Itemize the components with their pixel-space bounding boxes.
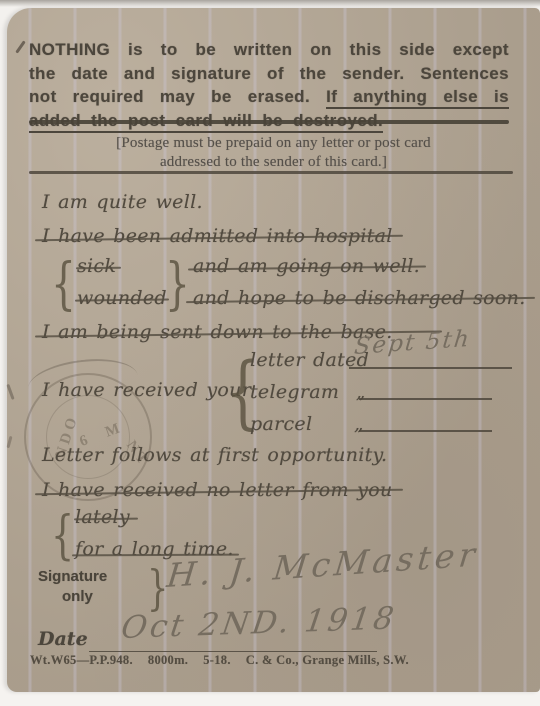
sent-to-base-text: I am being sent down to the base. — [42, 320, 393, 344]
sick-wounded-left-brace: { — [51, 252, 76, 318]
printer-imprint: Wt.W65—P.P.948.8000m.5-18.C. & Co., Gran… — [30, 653, 424, 668]
sick-wounded-right-brace: } — [165, 252, 190, 318]
admitted-hospital-text: I have been admitted into hospital — [42, 224, 393, 248]
warning-line-3-plain: not required may be erased. — [29, 87, 326, 106]
lately-text: lately — [75, 505, 130, 529]
imprint-quantity: 8000m. — [148, 653, 188, 667]
imprint-printer-name: C. & Co., Grange Mills, S.W. — [246, 653, 409, 667]
date-label: Date — [38, 628, 88, 650]
option-discharged-soon: and hope to be discharged soon. — [193, 286, 526, 310]
signature-only-label: only — [62, 588, 93, 606]
wounded-text: wounded — [77, 286, 167, 310]
option-lately: lately — [75, 505, 130, 529]
option-sick: sick — [77, 254, 116, 278]
imprint-wt-number: Wt.W65—P.P.948. — [30, 653, 133, 667]
option-wounded: wounded — [77, 286, 167, 310]
option-sent-to-base: I am being sent down to the base. — [42, 320, 393, 344]
postage-note-line-2: addressed to the sender of this card.] — [7, 153, 540, 172]
lately-left-brace: { — [51, 505, 74, 567]
sick-text: sick — [77, 254, 116, 278]
signature-label: Signature — [38, 568, 107, 586]
postage-note: [Postage must be prepaid on any letter o… — [7, 134, 540, 172]
imprint-date-code: 5-18. — [203, 653, 231, 667]
telegram-text: telegram — [250, 381, 339, 403]
parcel-text: parcel — [250, 413, 312, 435]
row-parcel: parcel „ — [250, 412, 364, 437]
date-write-line — [89, 651, 377, 652]
warning-line-3: not required may be erased. If anything … — [29, 85, 509, 109]
option-quite-well: I am quite well. — [42, 190, 203, 214]
ink-smudge — [6, 384, 14, 400]
going-on-well-text: and am going on well. — [193, 254, 420, 278]
divider-heavy-rule — [29, 120, 509, 124]
ink-smudge — [15, 40, 25, 53]
row-telegram: telegram „ — [250, 380, 366, 405]
letter-dated-write-line — [349, 367, 512, 369]
option-admitted-hospital: I have been admitted into hospital — [42, 224, 393, 248]
warning-line-2: the date and signature of the sender. Se… — [29, 62, 509, 86]
telegram-write-line — [359, 398, 492, 400]
parcel-write-line — [359, 430, 492, 432]
warning-line-3-underlined: If anything else is — [326, 87, 509, 109]
postage-note-line-1: [Postage must be prepaid on any letter o… — [7, 134, 540, 153]
field-service-postcard: NOTHING is to be written on this side ex… — [7, 8, 540, 692]
warning-line-1: NOTHING is to be written on this side ex… — [29, 38, 509, 62]
ink-smudge — [6, 436, 12, 448]
divider-thin-rule — [29, 171, 513, 174]
option-going-on-well: and am going on well. — [193, 254, 420, 278]
discharged-soon-text: and hope to be discharged soon. — [193, 286, 526, 310]
warning-header: NOTHING is to be written on this side ex… — [29, 38, 509, 132]
